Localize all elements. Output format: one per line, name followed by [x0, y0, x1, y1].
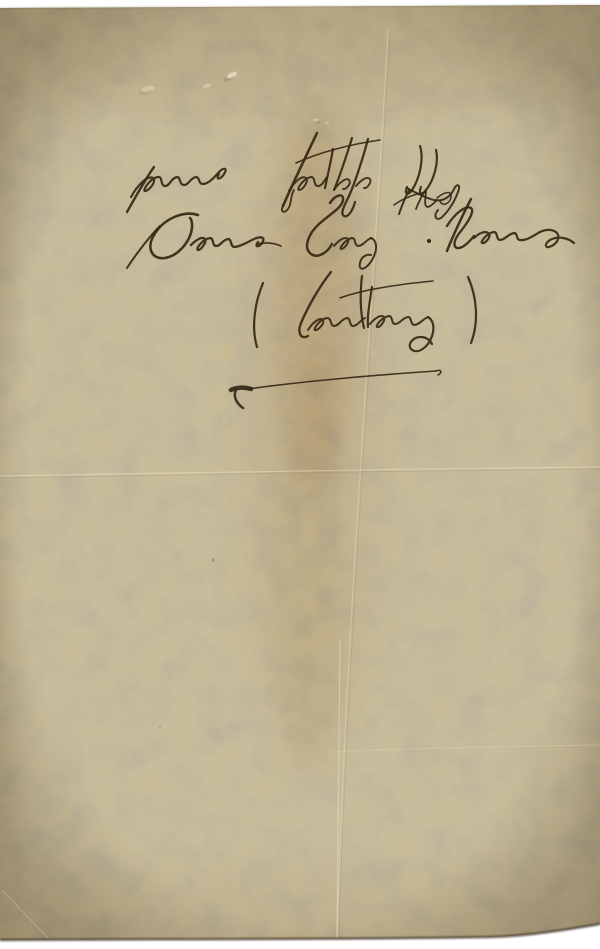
letter-scan: yours faithfully Anne Elizth. Heron (Sec…: [0, 0, 600, 949]
letter-page-image: [0, 0, 600, 949]
